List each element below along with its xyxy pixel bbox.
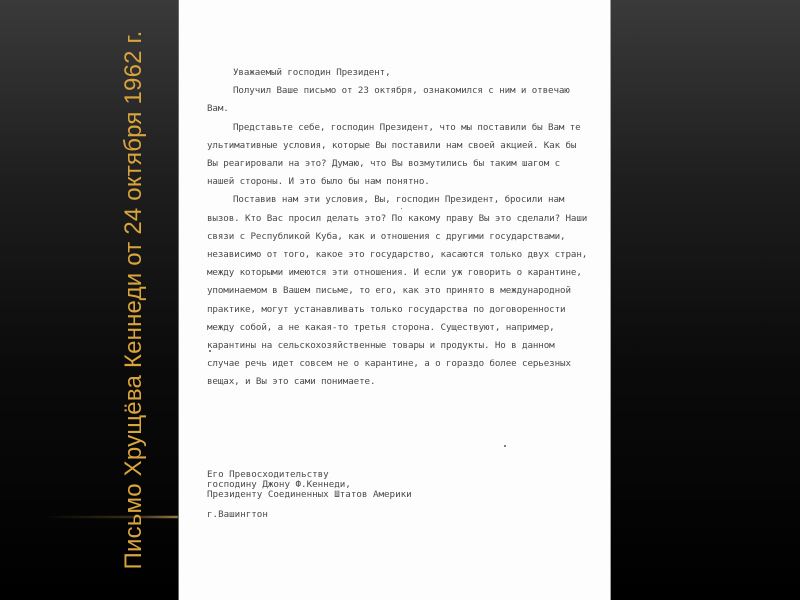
address-line-3: Президенту Соединенных Штатов Америки	[207, 490, 412, 500]
slide-title: Письмо Хрущёва Кеннеди от 24 октября 196…	[120, 31, 148, 570]
document-page: Уважаемый господин Президент, Получил Ва…	[178, 0, 611, 600]
letter-address-block: Его Превосходительству господину Джону Ф…	[207, 470, 412, 520]
letter-paragraph-1: Получил Ваше письмо от 23 октября, ознак…	[207, 82, 592, 118]
letter-paragraph-3: Поставив нам эти условия, Вы, господин П…	[207, 191, 592, 391]
light-streak-decoration	[40, 516, 178, 518]
paper-speck	[401, 208, 402, 209]
letter-body: Уважаемый господин Президент, Получил Ва…	[207, 64, 592, 392]
paper-speck	[209, 350, 211, 352]
paper-speck	[504, 445, 506, 447]
letter-salutation: Уважаемый господин Президент,	[207, 64, 592, 82]
paper-speck	[314, 216, 315, 217]
address-city: г.Вашингтон	[207, 510, 412, 520]
letter-paragraph-2: Представьте себе, господин Президент, чт…	[207, 119, 592, 192]
